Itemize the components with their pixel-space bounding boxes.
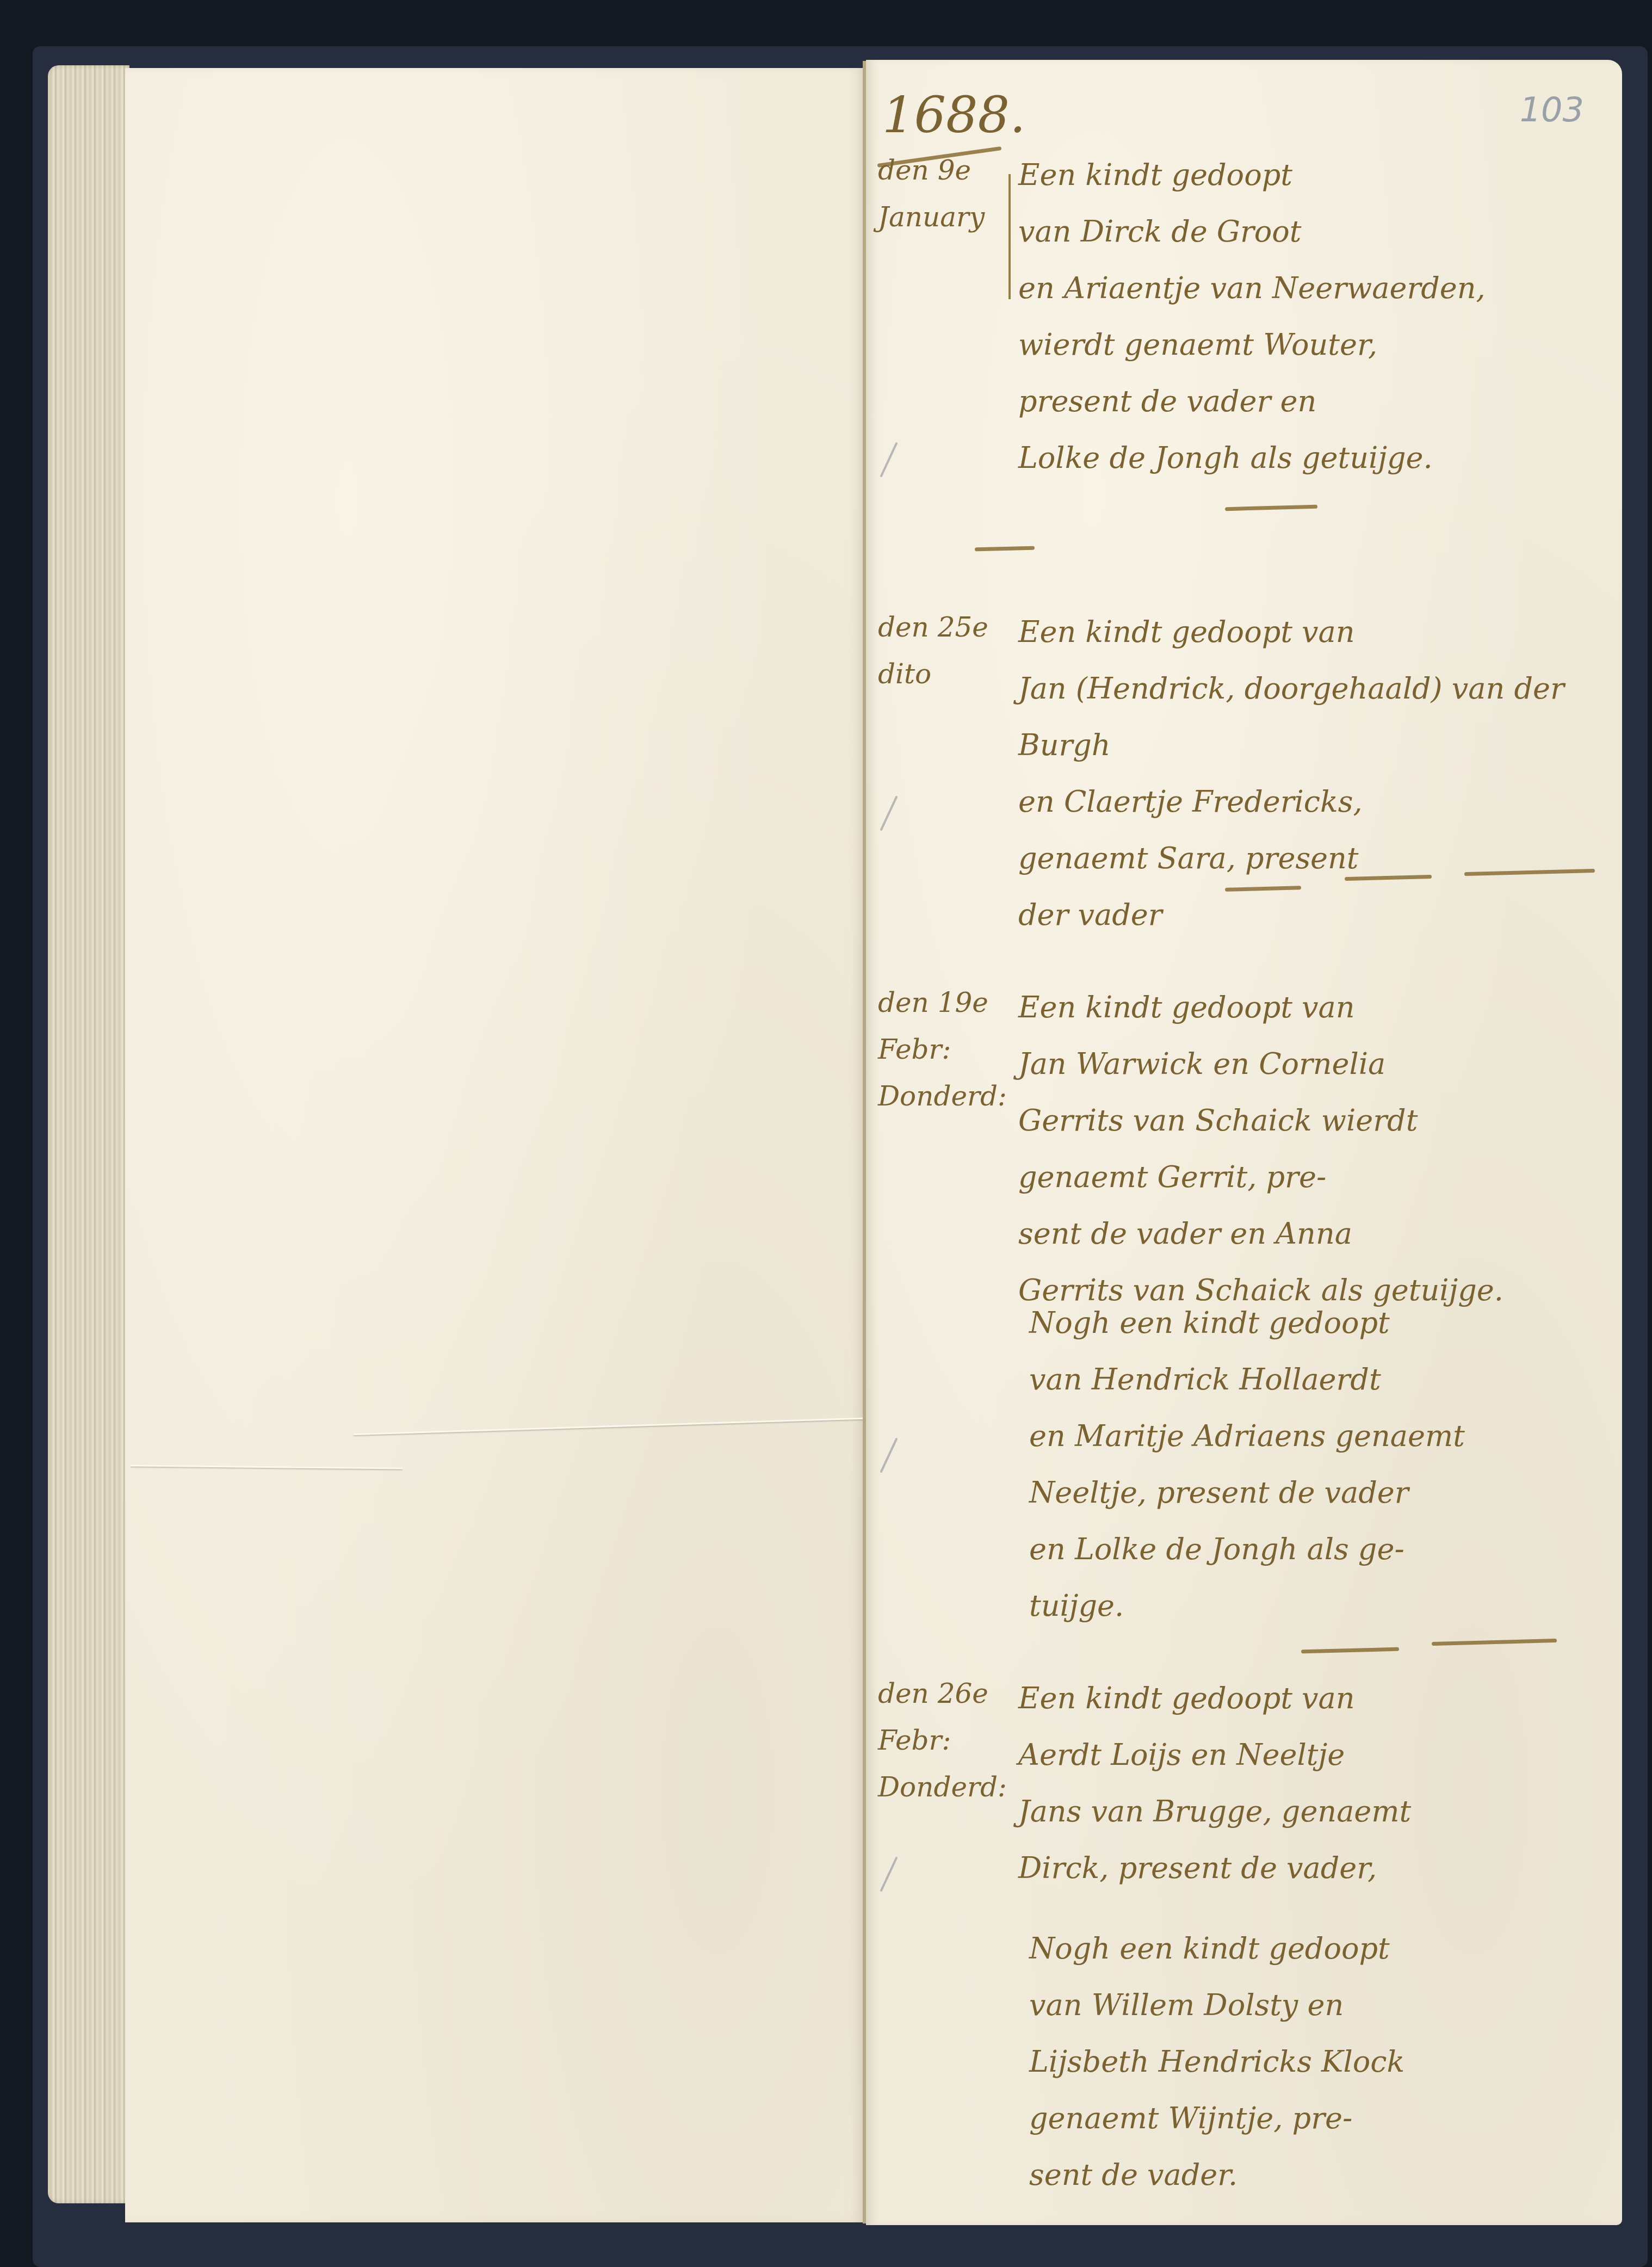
entry-text: Nogh een kindt gedoopt van Willem Dolsty… (1029, 1920, 1606, 2203)
paper-crease (131, 1465, 403, 1469)
entry-text: Een kindt gedoopt van Jan (Hendrick, doo… (1018, 604, 1595, 943)
entry-separator (1432, 1639, 1557, 1646)
pencil-mark (880, 795, 898, 831)
entry-text: Een kindt gedoopt van Jan Warwick en Cor… (1018, 979, 1595, 1319)
left-page-blank (125, 68, 866, 2222)
entry-date: den 9e January (878, 147, 1014, 240)
entry-text: Nogh een kindt gedoopt van Hendrick Holl… (1029, 1295, 1606, 1634)
entry-date: den 19e Febr: Donderd: (878, 979, 1014, 1120)
folio-number: 103 (1520, 90, 1584, 129)
pencil-mark (880, 1856, 898, 1892)
left-page-stack-edges (48, 65, 129, 2203)
paper-crease (354, 1417, 876, 1435)
pencil-mark (880, 1437, 898, 1473)
entry-text: Een kindt gedoopt van Aerdt Loijs en Nee… (1018, 1670, 1595, 1897)
pencil-mark (880, 442, 898, 477)
entry-separator (1225, 505, 1317, 511)
entry-date: den 26e Febr: Donderd: (878, 1670, 1014, 1811)
entry-separator (1301, 1647, 1399, 1654)
right-page: 103 1688. den 9e January Een kindt gedoo… (866, 60, 1622, 2225)
entry-separator (975, 546, 1035, 552)
register-year: 1688. (882, 86, 1025, 144)
entry-date: den 25e dito (878, 604, 1014, 697)
entry-text: Een kindt gedoopt van Dirck de Groot en … (1018, 147, 1595, 486)
